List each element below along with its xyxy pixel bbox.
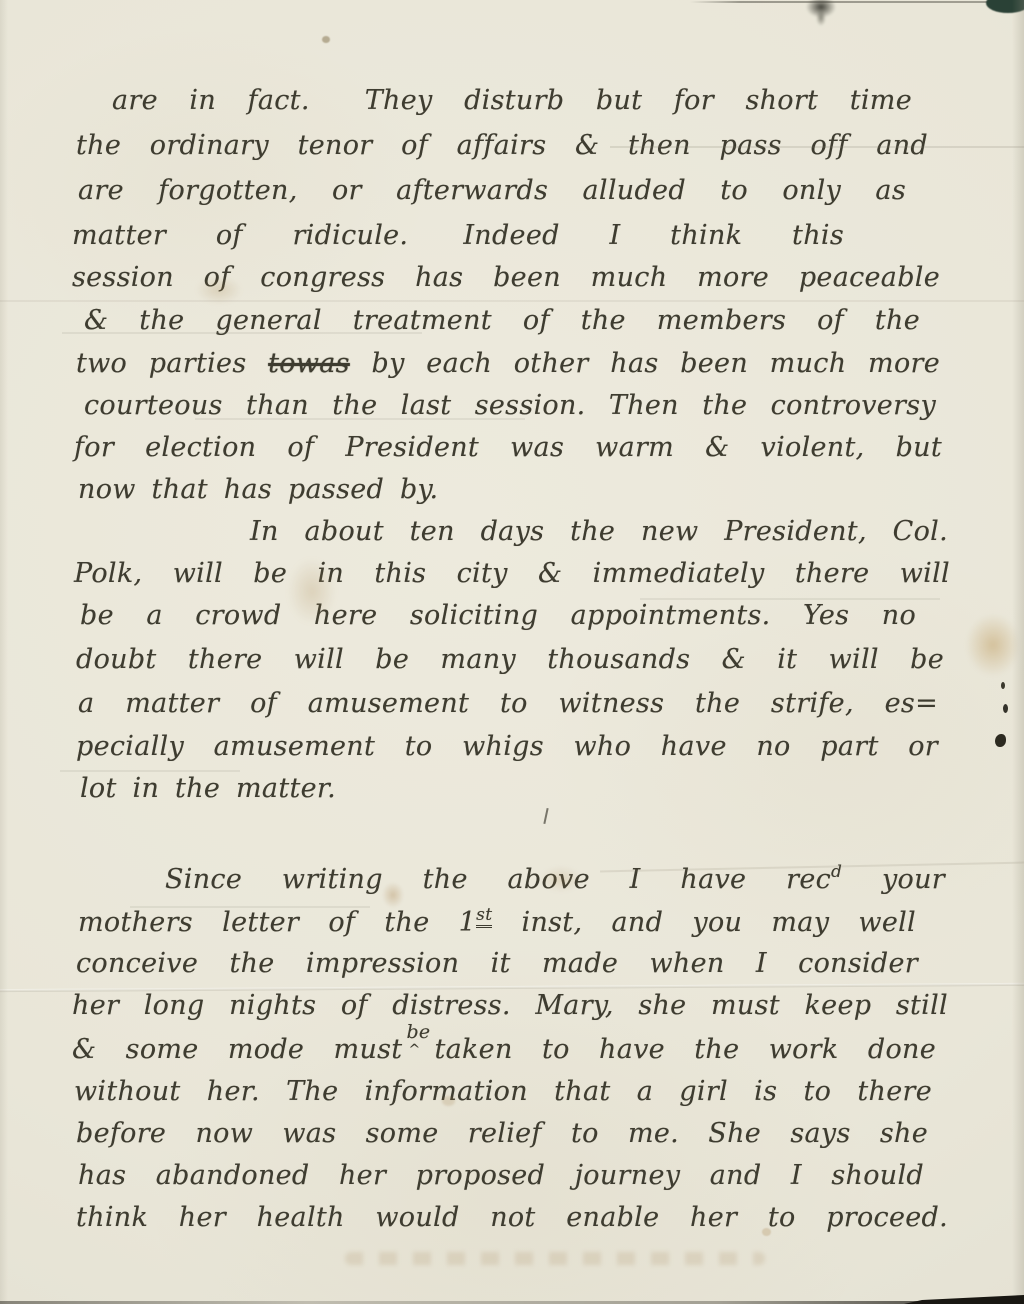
letter-text: a matter of amusement to witness the str… xyxy=(78,688,938,719)
letter-line: In about ten days the new President, Col… xyxy=(250,516,948,556)
letter-text: be a crowd here soliciting appointments.… xyxy=(80,600,916,631)
letter-line: has abandoned her proposed journey and I… xyxy=(78,1160,924,1200)
letter-line: now that has passed by. xyxy=(78,474,438,514)
letter-text: Since writing the above I have rec xyxy=(165,864,831,895)
letter-text: your xyxy=(842,864,945,895)
letter-text: are in fact. xyxy=(112,85,310,116)
letter-line: Since writing the above I have recd your xyxy=(165,862,945,902)
letter-line: matter of ridicule.Indeed I think this xyxy=(72,220,844,260)
letter-line: are forgotten, or afterwards alluded to … xyxy=(78,175,906,215)
page-edge-shadow xyxy=(0,0,8,1304)
letter-text: the ordinary tenor of affairs & then pas… xyxy=(76,130,928,161)
scan-edge-shadow xyxy=(904,1295,1024,1304)
letter-text: matter of ridicule. xyxy=(72,220,408,251)
letter-text: Polk, will be in this city & immediately… xyxy=(74,558,950,589)
letter-line: think her health would not enable her to… xyxy=(76,1202,948,1242)
letter-line: two parties towas by each other has been… xyxy=(76,348,940,388)
paper-stain xyxy=(966,614,1020,676)
letter-text: by each other has been much more xyxy=(350,348,940,379)
letter-text: st xyxy=(476,905,492,928)
letter-line: her long nights of distress. Mary, she m… xyxy=(72,990,948,1030)
letter-text: without her. The information that a girl… xyxy=(74,1076,932,1107)
letter-line: conceive the impression it made when I c… xyxy=(76,948,918,988)
letter-line: doubt there will be many thousands & it … xyxy=(76,644,944,684)
letter-text: & the general treatment of the members o… xyxy=(84,305,920,336)
letter-line: & the general treatment of the members o… xyxy=(84,305,920,345)
ink-dot xyxy=(1001,682,1005,689)
letter-line: before now was some relief to me. She sa… xyxy=(76,1118,928,1158)
letter-text: d xyxy=(831,862,842,882)
letter-line: are in fact.They disturb but for short t… xyxy=(112,85,912,125)
letter-line: a matter of amusement to witness the str… xyxy=(78,688,938,728)
letter-text: session of congress has been much more p… xyxy=(72,262,940,293)
letter-line: the ordinary tenor of affairs & then pas… xyxy=(76,130,928,170)
letter-line: without her. The information that a girl… xyxy=(74,1076,932,1116)
pen-mark xyxy=(543,808,548,824)
letter-page: think her health would not enable her to… xyxy=(0,0,1024,1304)
ink-blot xyxy=(995,734,1006,747)
letter-text: mothers letter of the 1 xyxy=(78,907,476,938)
scan-edge-line xyxy=(690,1,1024,3)
letter-text: courteous than the last session. Then th… xyxy=(84,390,936,421)
letter-text: In about ten days the new President, Col… xyxy=(250,516,948,547)
letter-line: courteous than the last session. Then th… xyxy=(84,390,936,430)
corner-mark xyxy=(986,0,1024,13)
letter-text: lot in the matter. xyxy=(80,773,336,804)
letter-text: for election of President was warm & vio… xyxy=(74,432,942,463)
struck-word: towas xyxy=(268,348,350,379)
letter-text: & some mode must xyxy=(72,1034,402,1065)
paper-speck xyxy=(322,36,330,43)
ink-smudge xyxy=(800,0,842,22)
letter-line: pecially amusement to whigs who have no … xyxy=(76,731,938,771)
letter-text: doubt there will be many thousands & it … xyxy=(76,644,944,675)
letter-text: her long nights of distress. Mary, she m… xyxy=(72,990,948,1021)
letter-line: lot in the matter. xyxy=(80,773,336,813)
letter-text: two parties xyxy=(76,348,268,379)
ink-bleed-through xyxy=(345,1252,765,1265)
letter-text: taken to have the work done xyxy=(434,1034,936,1065)
letter-text: They disturb but for short time xyxy=(365,85,912,116)
letter-text: inst, and you may well xyxy=(492,907,916,938)
letter-text: pecially amusement to whigs who have no … xyxy=(76,731,938,762)
letter-line: be a crowd here soliciting appointments.… xyxy=(80,600,916,640)
letter-line: & some mode mustbetaken to have the work… xyxy=(72,1034,936,1074)
letter-text: conceive the impression it made when I c… xyxy=(76,948,918,979)
page-edge-shadow xyxy=(1012,0,1024,1304)
letter-text: are forgotten, or afterwards alluded to … xyxy=(78,175,906,206)
letter-line: Polk, will be in this city & immediately… xyxy=(74,558,950,598)
letter-text: now that has passed by. xyxy=(78,474,438,505)
letter-text: think her health would not enable her to… xyxy=(76,1202,948,1233)
letter-line: for election of President was warm & vio… xyxy=(74,432,942,472)
letter-line: mothers letter of the 1st inst, and you … xyxy=(78,905,916,945)
ink-dot xyxy=(1003,704,1008,713)
letter-text: has abandoned her proposed journey and I… xyxy=(78,1160,924,1191)
letter-line: session of congress has been much more p… xyxy=(72,262,940,302)
letter-text: Indeed I think this xyxy=(463,220,844,251)
letter-text: before now was some relief to me. She sa… xyxy=(76,1118,928,1149)
